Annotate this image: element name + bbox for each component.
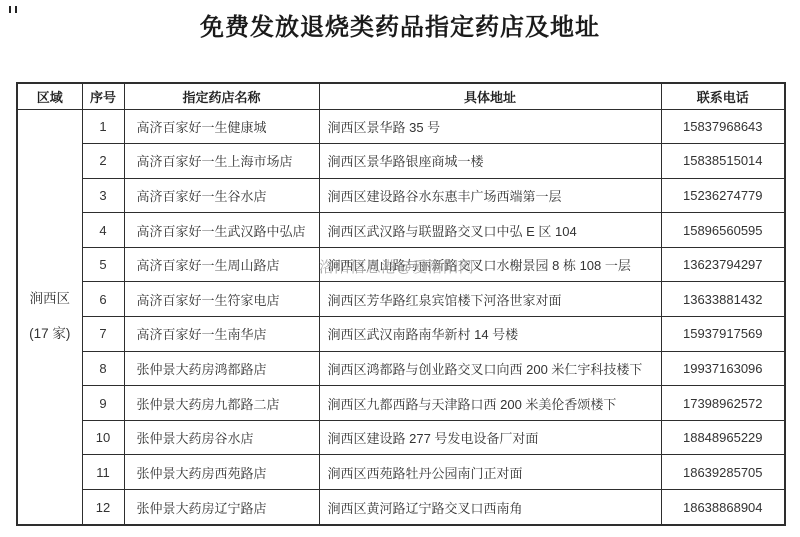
table-row: 12 张仲景大药房辽宁路店 涧西区黄河路辽宁路交叉口西南角 1863886890… xyxy=(17,490,785,525)
pharmacy-phone: 19937163096 xyxy=(661,351,785,386)
table-row: 9 张仲景大药房九都路二店 涧西区九都西路与天津路口西 200 米美伦香颂楼下 … xyxy=(17,386,785,421)
document-page: 免费发放退烧类药品指定药店及地址 区域 序号 指定药店名称 具体地址 联系电话 … xyxy=(0,0,800,537)
pharmacy-phone: 17398962572 xyxy=(661,386,785,421)
pharmacy-phone: 15837968643 xyxy=(661,109,785,144)
header-address: 具体地址 xyxy=(319,83,661,109)
pharmacy-name: 高济百家好一生上海市场店 xyxy=(124,144,319,179)
pharmacy-phone: 15937917569 xyxy=(661,317,785,352)
pharmacy-phone: 18638868904 xyxy=(661,490,785,525)
row-no: 8 xyxy=(82,351,124,386)
pharmacy-address: 涧西区黄河路辽宁路交叉口西南角 xyxy=(319,490,661,525)
pharmacy-address: 涧西区周山路与丽新路交叉口水榭景园 8 栋 108 一层 xyxy=(319,247,661,282)
header-name: 指定药店名称 xyxy=(124,83,319,109)
header-phone: 联系电话 xyxy=(661,83,785,109)
table-header-row: 区域 序号 指定药店名称 具体地址 联系电话 xyxy=(17,83,785,109)
table-row: 6 高济百家好一生符家电店 涧西区芳华路红泉宾馆楼下河洛世家对面 1363388… xyxy=(17,282,785,317)
page-title: 免费发放退烧类药品指定药店及地址 xyxy=(0,13,800,43)
pharmacy-name: 张仲景大药房辽宁路店 xyxy=(124,490,319,525)
header-region: 区域 xyxy=(17,83,82,109)
row-no: 10 xyxy=(82,420,124,455)
table-row: 涧西区 (17 家) 1 高济百家好一生健康城 涧西区景华路 35 号 1583… xyxy=(17,109,785,144)
pharmacy-phone: 13633881432 xyxy=(661,282,785,317)
row-no: 6 xyxy=(82,282,124,317)
region-name: 涧西区 xyxy=(18,290,82,308)
table-row: 3 高济百家好一生谷水店 涧西区建设路谷水东惠丰广场西端第一层 15236274… xyxy=(17,178,785,213)
row-no: 5 xyxy=(82,247,124,282)
row-no: 1 xyxy=(82,109,124,144)
region-count: (17 家) xyxy=(18,325,82,343)
pharmacy-name: 高济百家好一生健康城 xyxy=(124,109,319,144)
pharmacy-phone: 18639285705 xyxy=(661,455,785,490)
pharmacy-address: 涧西区建设路 277 号发电设备厂对面 xyxy=(319,420,661,455)
header-no: 序号 xyxy=(82,83,124,109)
pharmacy-name: 高济百家好一生谷水店 xyxy=(124,178,319,213)
pharmacy-phone: 18848965229 xyxy=(661,420,785,455)
pharmacy-address: 涧西区建设路谷水东惠丰广场西端第一层 xyxy=(319,178,661,213)
pharmacy-address: 涧西区芳华路红泉宾馆楼下河洛世家对面 xyxy=(319,282,661,317)
pharmacy-name: 张仲景大药房西苑路店 xyxy=(124,455,319,490)
pharmacy-phone: 15838515014 xyxy=(661,144,785,179)
table-row: 10 张仲景大药房谷水店 涧西区建设路 277 号发电设备厂对面 1884896… xyxy=(17,420,785,455)
row-no: 7 xyxy=(82,317,124,352)
pharmacy-address: 涧西区武汉路与联盟路交叉口中弘 E 区 104 xyxy=(319,213,661,248)
pharmacy-phone: 15896560595 xyxy=(661,213,785,248)
pharmacy-phone: 13623794297 xyxy=(661,247,785,282)
row-no: 2 xyxy=(82,144,124,179)
pharmacy-address: 涧西区九都西路与天津路口西 200 米美伦香颂楼下 xyxy=(319,386,661,421)
table-row: 8 张仲景大药房鸿都路店 涧西区鸿都路与创业路交叉口向西 200 米仁宇科技楼下… xyxy=(17,351,785,386)
table-row: 2 高济百家好一生上海市场店 涧西区景华路银座商城一楼 15838515014 xyxy=(17,144,785,179)
row-no: 9 xyxy=(82,386,124,421)
pharmacy-name: 高济百家好一生符家电店 xyxy=(124,282,319,317)
pharmacy-name: 张仲景大药房鸿都路店 xyxy=(124,351,319,386)
pharmacy-name: 高济百家好一生南华店 xyxy=(124,317,319,352)
pharmacy-name: 张仲景大药房谷水店 xyxy=(124,420,319,455)
pharmacy-name: 张仲景大药房九都路二店 xyxy=(124,386,319,421)
pharmacy-address: 涧西区西苑路牡丹公园南门正对面 xyxy=(319,455,661,490)
pharmacy-name: 高济百家好一生武汉路中弘店 xyxy=(124,213,319,248)
pharmacy-address: 涧西区武汉南路南华新村 14 号楼 xyxy=(319,317,661,352)
pharmacy-phone: 15236274779 xyxy=(661,178,785,213)
region-cell: 涧西区 (17 家) xyxy=(17,109,82,525)
pharmacy-name: 高济百家好一生周山路店 xyxy=(124,247,319,282)
table-row: 5 高济百家好一生周山路店 涧西区周山路与丽新路交叉口水榭景园 8 栋 108 … xyxy=(17,247,785,282)
table-row: 4 高济百家好一生武汉路中弘店 涧西区武汉路与联盟路交叉口中弘 E 区 104 … xyxy=(17,213,785,248)
row-no: 11 xyxy=(82,455,124,490)
row-no: 4 xyxy=(82,213,124,248)
pharmacy-address: 涧西区鸿都路与创业路交叉口向西 200 米仁宇科技楼下 xyxy=(319,351,661,386)
row-no: 12 xyxy=(82,490,124,525)
row-no: 3 xyxy=(82,178,124,213)
cutoff-text-fragment xyxy=(9,0,23,7)
table-row: 7 高济百家好一生南华店 涧西区武汉南路南华新村 14 号楼 159379175… xyxy=(17,317,785,352)
table-row: 11 张仲景大药房西苑路店 涧西区西苑路牡丹公园南门正对面 1863928570… xyxy=(17,455,785,490)
pharmacy-address: 涧西区景华路 35 号 xyxy=(319,109,661,144)
pharmacy-address: 涧西区景华路银座商城一楼 xyxy=(319,144,661,179)
pharmacy-table: 区域 序号 指定药店名称 具体地址 联系电话 涧西区 (17 家) 1 高济百家… xyxy=(16,82,786,526)
